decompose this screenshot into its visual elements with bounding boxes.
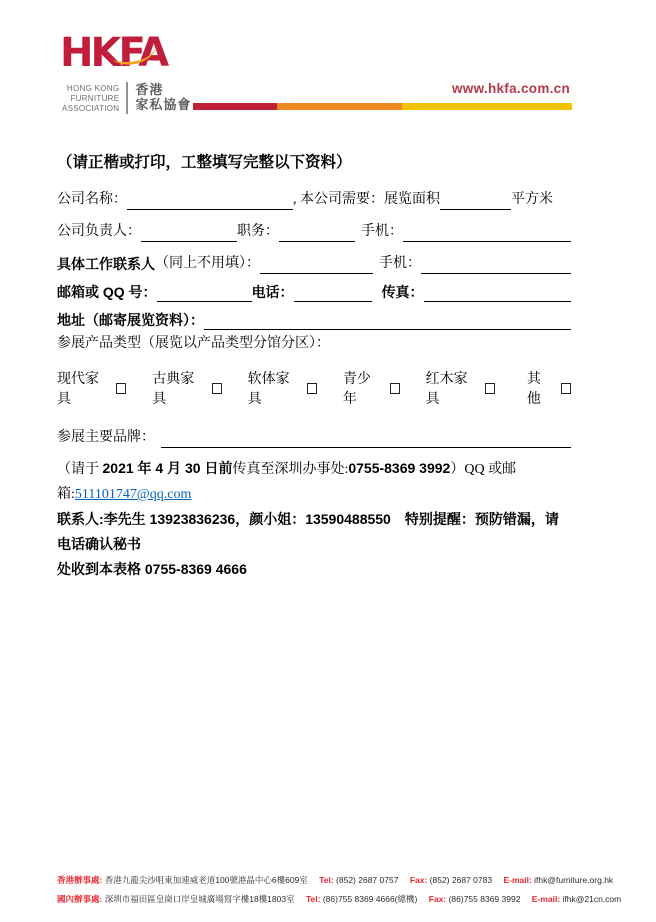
logo-en-line3: ASSOCIATION [62,104,119,114]
position-blank [279,224,355,242]
mobile-blank-1 [403,224,571,242]
category-youth-label: 青少年 [343,368,380,408]
category-other-label: 其他 [527,368,551,408]
category-other: 其他 [527,368,571,408]
form-body: （请正楷或打印，工整填写完整以下资料） 公司名称： , 本公司需要：展览面积 平… [57,152,571,582]
cn-email-value: ifhk@21cn.com [563,894,622,904]
category-modern: 现代家具 [57,368,126,408]
bar-segment-yellow [402,103,572,110]
row-company-name: 公司名称： , 本公司需要：展览面积 平方米 [57,190,571,210]
row-email-qq: 邮箱或 QQ 号： 电话： 传真： [57,282,571,302]
cn-email-label: E-mail: [532,894,560,904]
logo-english-name: HONG KONG FURNITURE ASSOCIATION [62,82,119,114]
note-paragraph: （请于 2021 年 4 月 30 日前传真至深圳办事处:0755-8369 3… [57,456,571,582]
address-label: 地址（邮寄展览资料）： [57,310,204,330]
category-modern-label: 现代家具 [57,368,106,408]
fax-blank [424,284,571,302]
email-qq-label: 邮箱或 QQ 号： [57,282,157,302]
brands-blank [161,430,571,448]
logo-cn-line2: 家私協會 [135,97,191,112]
mobile-blank-2 [421,256,571,274]
hk-tel-label: Tel: [319,875,333,885]
manager-blank [141,224,237,242]
email-qq-blank [157,284,252,302]
category-other-checkbox[interactable] [561,383,571,394]
hk-email-value: ifhk@furniture.org.hk [534,875,613,885]
category-rosewood: 红木家具 [426,368,495,408]
cn-tel-value: (86)755 8369 4666(總機) [323,894,418,904]
category-rosewood-checkbox[interactable] [485,383,495,394]
category-classical-checkbox[interactable] [212,383,222,394]
product-type-label: 参展产品类型（展览以产品类型分馆分区）： [57,334,330,354]
logo-subtitle: HONG KONG FURNITURE ASSOCIATION 香港 家私協會 [62,82,191,114]
address-blank [204,312,571,330]
category-upholstered: 软体家具 [248,368,317,408]
row-manager: 公司负责人： 职务： 手机： [57,222,571,242]
area-blank [440,192,511,210]
page-footer: 香港辦事處: 香港九龍尖沙咀東加連威老道100號港晶中心6樓609室 Tel: … [57,871,649,909]
category-modern-checkbox[interactable] [116,383,126,394]
logo-en-line1: HONG KONG [62,84,119,94]
brands-label: 参展主要品牌： [57,428,155,448]
note-line-2: 联系人:李先生 13923836236，颜小姐：13590488550 特别提醒… [57,507,571,557]
hkfa-wordmark-icon: HKFA [62,33,174,73]
cn-office-address: 深圳市福田區皇崗口岸皇城廣場寫字樓18樓1803室 [105,894,295,904]
form-title: （请正楷或打印，工整填写完整以下资料） [57,152,571,174]
category-youth-checkbox[interactable] [390,383,400,394]
category-classical: 古典家具 [152,368,221,408]
cn-fax-label: Fax: [429,894,446,904]
document-page: HKFA HONG KONG FURNITURE ASSOCIATION 香港 … [0,0,656,922]
hk-tel-value: (852) 2687 0757 [336,875,398,885]
note-part-3: 传真至深圳办事处: [232,462,348,477]
company-name-blank [127,192,293,210]
hk-office-address: 香港九龍尖沙咀東加連威老道100號港晶中心6樓609室 [105,875,308,885]
bar-segment-red [193,103,277,110]
category-classical-label: 古典家具 [152,368,201,408]
note-deadline: 2021 年 4 月 30 日前 [103,460,233,476]
category-rosewood-label: 红木家具 [426,368,475,408]
category-upholstered-label: 软体家具 [248,368,297,408]
note-line-1: （请于 2021 年 4 月 30 日前传真至深圳办事处:0755-8369 3… [57,456,571,507]
cn-tel-label: Tel: [306,894,320,904]
logo-divider [126,82,128,114]
tel-label: 电话： [252,282,294,302]
footer-row-cn: 國內辦事處: 深圳市福田區皇崗口岸皇城廣場寫字樓18樓1803室 Tel: (8… [57,890,649,909]
sqm-label: 平方米 [511,190,553,210]
category-youth: 青少年 [343,368,400,408]
footer-row-hk: 香港辦事處: 香港九龍尖沙咀東加連威老道100號港晶中心6樓609室 Tel: … [57,871,649,890]
row-brands: 参展主要品牌： [57,428,571,448]
logo-en-line2: FURNITURE [62,94,119,104]
fax-label: 传真： [382,282,424,302]
brand-color-bar [193,103,572,110]
need-area-label: , 本公司需要：展览面积 [293,190,440,210]
logo-chinese-name: 香港 家私協會 [135,82,191,114]
hk-email-label: E-mail: [503,875,531,885]
logo-cn-line1: 香港 [135,82,191,97]
mobile-label-2: 手机： [379,254,421,274]
company-name-label: 公司名称： [57,190,127,210]
contact-person-label-bold: 具体工作联系人 [57,254,155,274]
hkfa-logo: HKFA HONG KONG FURNITURE ASSOCIATION 香港 … [62,33,191,114]
row-address: 地址（邮寄展览资料）： [57,310,571,330]
position-label: 职务： [237,222,279,242]
bar-segment-orange [277,103,402,110]
note-line-3: 处收到本表格 0755-8369 4666 [57,557,571,582]
row-contact-person: 具体工作联系人 （同上不用填）： 手机： [57,254,571,274]
hk-office-label: 香港辦事處: [57,875,102,885]
note-part-1: （请于 [57,462,103,477]
tel-blank [294,284,372,302]
manager-label: 公司负责人： [57,222,141,242]
qq-email-link[interactable]: 511101747@qq.com [75,487,191,502]
contact-person-label-normal: （同上不用填）： [155,254,260,274]
row-product-type: 参展产品类型（展览以产品类型分馆分区）： [57,334,571,354]
row-categories: 现代家具 古典家具 软体家具 青少年 红木家具 其他 [57,368,571,408]
contact-person-blank [260,256,373,274]
website-url[interactable]: www.hkfa.com.cn [452,81,570,96]
cn-fax-value: (86)755 8369 3992 [449,894,521,904]
note-fax-number: 0755-8369 3992 [348,460,450,476]
category-upholstered-checkbox[interactable] [307,383,317,394]
mobile-label-1: 手机： [361,222,403,242]
hk-fax-label: Fax: [410,875,427,885]
hk-fax-value: (852) 2687 0783 [430,875,492,885]
cn-office-label: 國內辦事處: [57,894,102,904]
